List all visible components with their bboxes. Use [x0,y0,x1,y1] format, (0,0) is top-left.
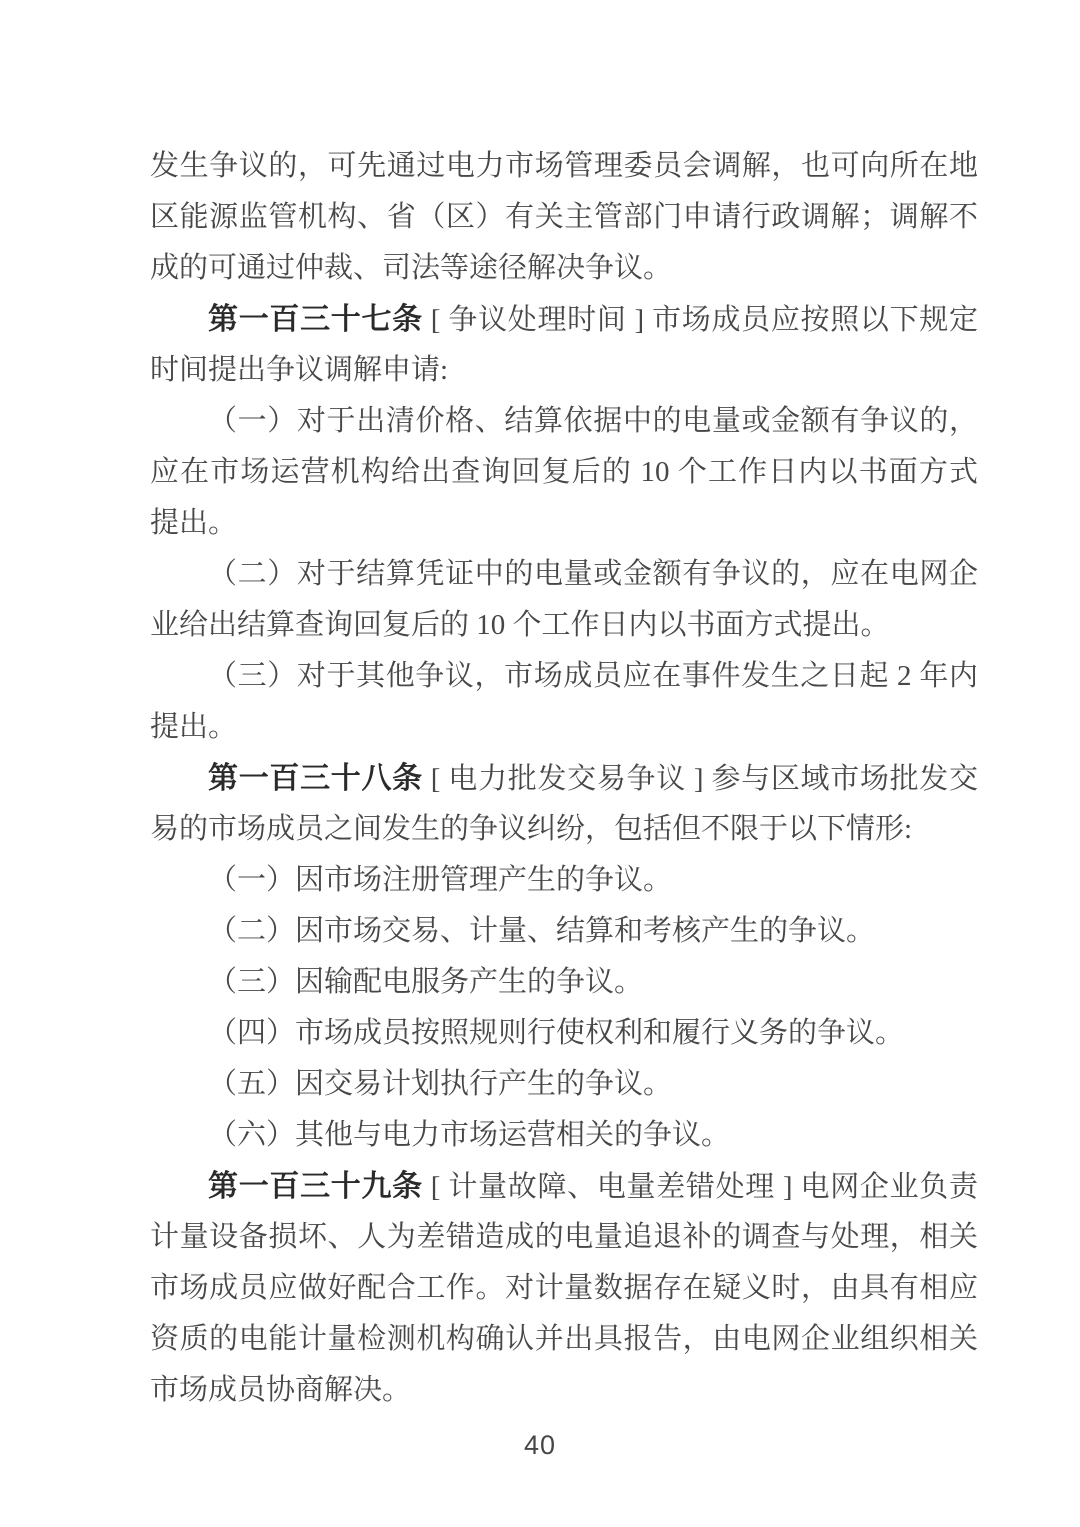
article-number: 第一百三十八条 [208,762,423,795]
document-body: 发生争议的，可先通过电力市场管理委员会调解，也可向所在地区能源监管机构、省（区）… [150,141,978,1416]
text-line: 成的可通过仲裁、司法等途径解决争议。 [150,243,978,294]
page-footer: 40 [0,1430,1080,1461]
text-line: （一）对于出清价格、结算依据中的电量或金额有争议的， [150,396,978,447]
text-line: （一）因市场注册管理产生的争议。 [150,855,978,906]
text-line: （六）其他与电力市场运营相关的争议。 [150,1110,978,1161]
text-line: （四）市场成员按照规则行使权利和履行义务的争议。 [150,1008,978,1059]
text-line: 业给出结算查询回复后的 10 个工作日内以书面方式提出。 [150,600,978,651]
text-line: 时间提出争议调解申请: [150,345,978,396]
text-line: 应在市场运营机构给出查询回复后的 10 个工作日内以书面方式 [150,447,978,498]
text-line: 市场成员应做好配合工作。对计量数据存在疑义时，由具有相应 [150,1263,978,1314]
article-number: 第一百三十九条 [208,1170,423,1203]
text-line: 易的市场成员之间发生的争议纠纷，包括但不限于以下情形: [150,804,978,855]
text-line: （三）对于其他争议，市场成员应在事件发生之日起 2 年内 [150,651,978,702]
text-line: 区能源监管机构、省（区）有关主管部门申请行政调解；调解不 [150,192,978,243]
article-heading-line: 第一百三十七条 [ 争议处理时间 ] 市场成员应按照以下规定 [150,294,978,345]
text-line: 提出。 [150,498,978,549]
text-line: （三）因输配电服务产生的争议。 [150,957,978,1008]
text-line: 发生争议的，可先通过电力市场管理委员会调解，也可向所在地 [150,141,978,192]
text-line: （五）因交易计划执行产生的争议。 [150,1059,978,1110]
page-number: 40 [524,1430,556,1460]
article-number: 第一百三十七条 [208,303,423,336]
text-line: （二）因市场交易、计量、结算和考核产生的争议。 [150,906,978,957]
text-line: 资质的电能计量检测机构确认并出具报告，由电网企业组织相关 [150,1314,978,1365]
text-line: 市场成员协商解决。 [150,1365,978,1416]
article-heading-line: 第一百三十八条 [ 电力批发交易争议 ] 参与区域市场批发交 [150,753,978,804]
article-heading-line: 第一百三十九条 [ 计量故障、电量差错处理 ] 电网企业负责 [150,1161,978,1212]
text-line: 计量设备损坏、人为差错造成的电量追退补的调查与处理，相关 [150,1212,978,1263]
text-line: （二）对于结算凭证中的电量或金额有争议的，应在电网企 [150,549,978,600]
document-page: 发生争议的，可先通过电力市场管理委员会调解，也可向所在地区能源监管机构、省（区）… [0,0,1080,1527]
text-line: 提出。 [150,702,978,753]
